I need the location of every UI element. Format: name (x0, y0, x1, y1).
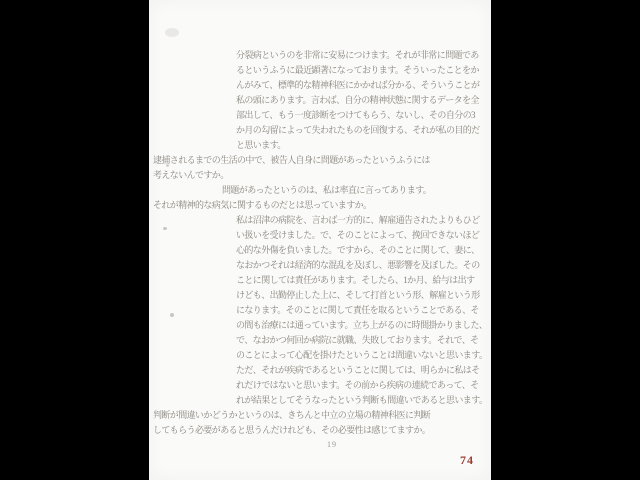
text-line: 私の頭にあります。言わば、自分の精神状態に関するデータを全 (149, 93, 491, 108)
text-line: けども、出勤停止した上に、そして打首という形、解雇という形 (149, 288, 491, 303)
text-line: い扱いを受けました。で、そのことによって、挽回できないほど (149, 228, 491, 243)
text-line: れだけではないと思います。その前から疾病の連続であって、そ (149, 378, 491, 393)
video-frame-background: 分裂病というのを非常に安易につけます。それが非常に問題であ るというふうに最近顕… (0, 0, 640, 480)
question-line: 考えないんですか。 (149, 168, 491, 183)
text-line: 心的な外傷を負いました。ですから、そのことに関して、妻に、 (149, 243, 491, 258)
question-line: それが精神的な病気に関するものだとは思っていますか。 (149, 198, 491, 213)
scan-artifact-smudge (165, 28, 179, 37)
page-number: 19 (327, 440, 337, 449)
text-line: と思います。 (149, 138, 491, 153)
text-line: で、なおかつ何回か病院に就職、失敗しております。それで、そ (149, 333, 491, 348)
sheet-number-stamp: 74 (460, 453, 474, 468)
text-line: 分裂病というのを非常に安易につけます。それが非常に問題であ (149, 48, 491, 63)
question-line: 判断が間違いかどうかというのは、きちんと中立の立場の精神科医に判断 (149, 408, 491, 423)
question-line: 逮捕されるまでの生活の中で、被告人自身に問題があったというふうには (149, 153, 491, 168)
text-line: のことによって心配を掛けたということは間違いないと思います。 (149, 348, 491, 363)
scanned-document-page: 分裂病というのを非常に安易につけます。それが非常に問題であ るというふうに最近顕… (149, 0, 491, 480)
text-line: ことに関しては責任があります。そしたら、1か月、給与は出す (149, 273, 491, 288)
text-line: か月の勾留によって失われたものを回復する、それが私の目的だ (149, 123, 491, 138)
text-line: の間も治療には通っています。立ち上がるのに時間掛かりました、 (149, 318, 491, 333)
text-line: なおかつそれは経済的な混乱を及ぼし、悪影響を及ぼした。その (149, 258, 491, 273)
text-line: れが結果としてそうなったという判断も間違いであると思います。 (149, 393, 491, 408)
text-line: んがみて、標準的な精神科医にかかれば分かる、そういうことが (149, 78, 491, 93)
text-line: になります。そのことに関して責任を取るということである、そ (149, 303, 491, 318)
text-line: 私は沼津の病院を、言わば一方的に、解雇通告されたよりもひど (149, 213, 491, 228)
question-line: してもらう必要があると思うんだけれども、その必要性は感じてますか。 (149, 423, 491, 438)
transcript-text-block: 分裂病というのを非常に安易につけます。それが非常に問題であ るというふうに最近顕… (149, 48, 491, 438)
text-line: ただ、それが疾病であるということに関しては、明らかに私はそ (149, 363, 491, 378)
text-line: 部出して、もう一度診断をつけてもらう、ないし、その自分の3 (149, 108, 491, 123)
answer-line: 問題があったというのは、私は率直に言ってあります。 (149, 183, 491, 198)
text-line: るというふうに最近顕著になっております。そういったことをか (149, 63, 491, 78)
